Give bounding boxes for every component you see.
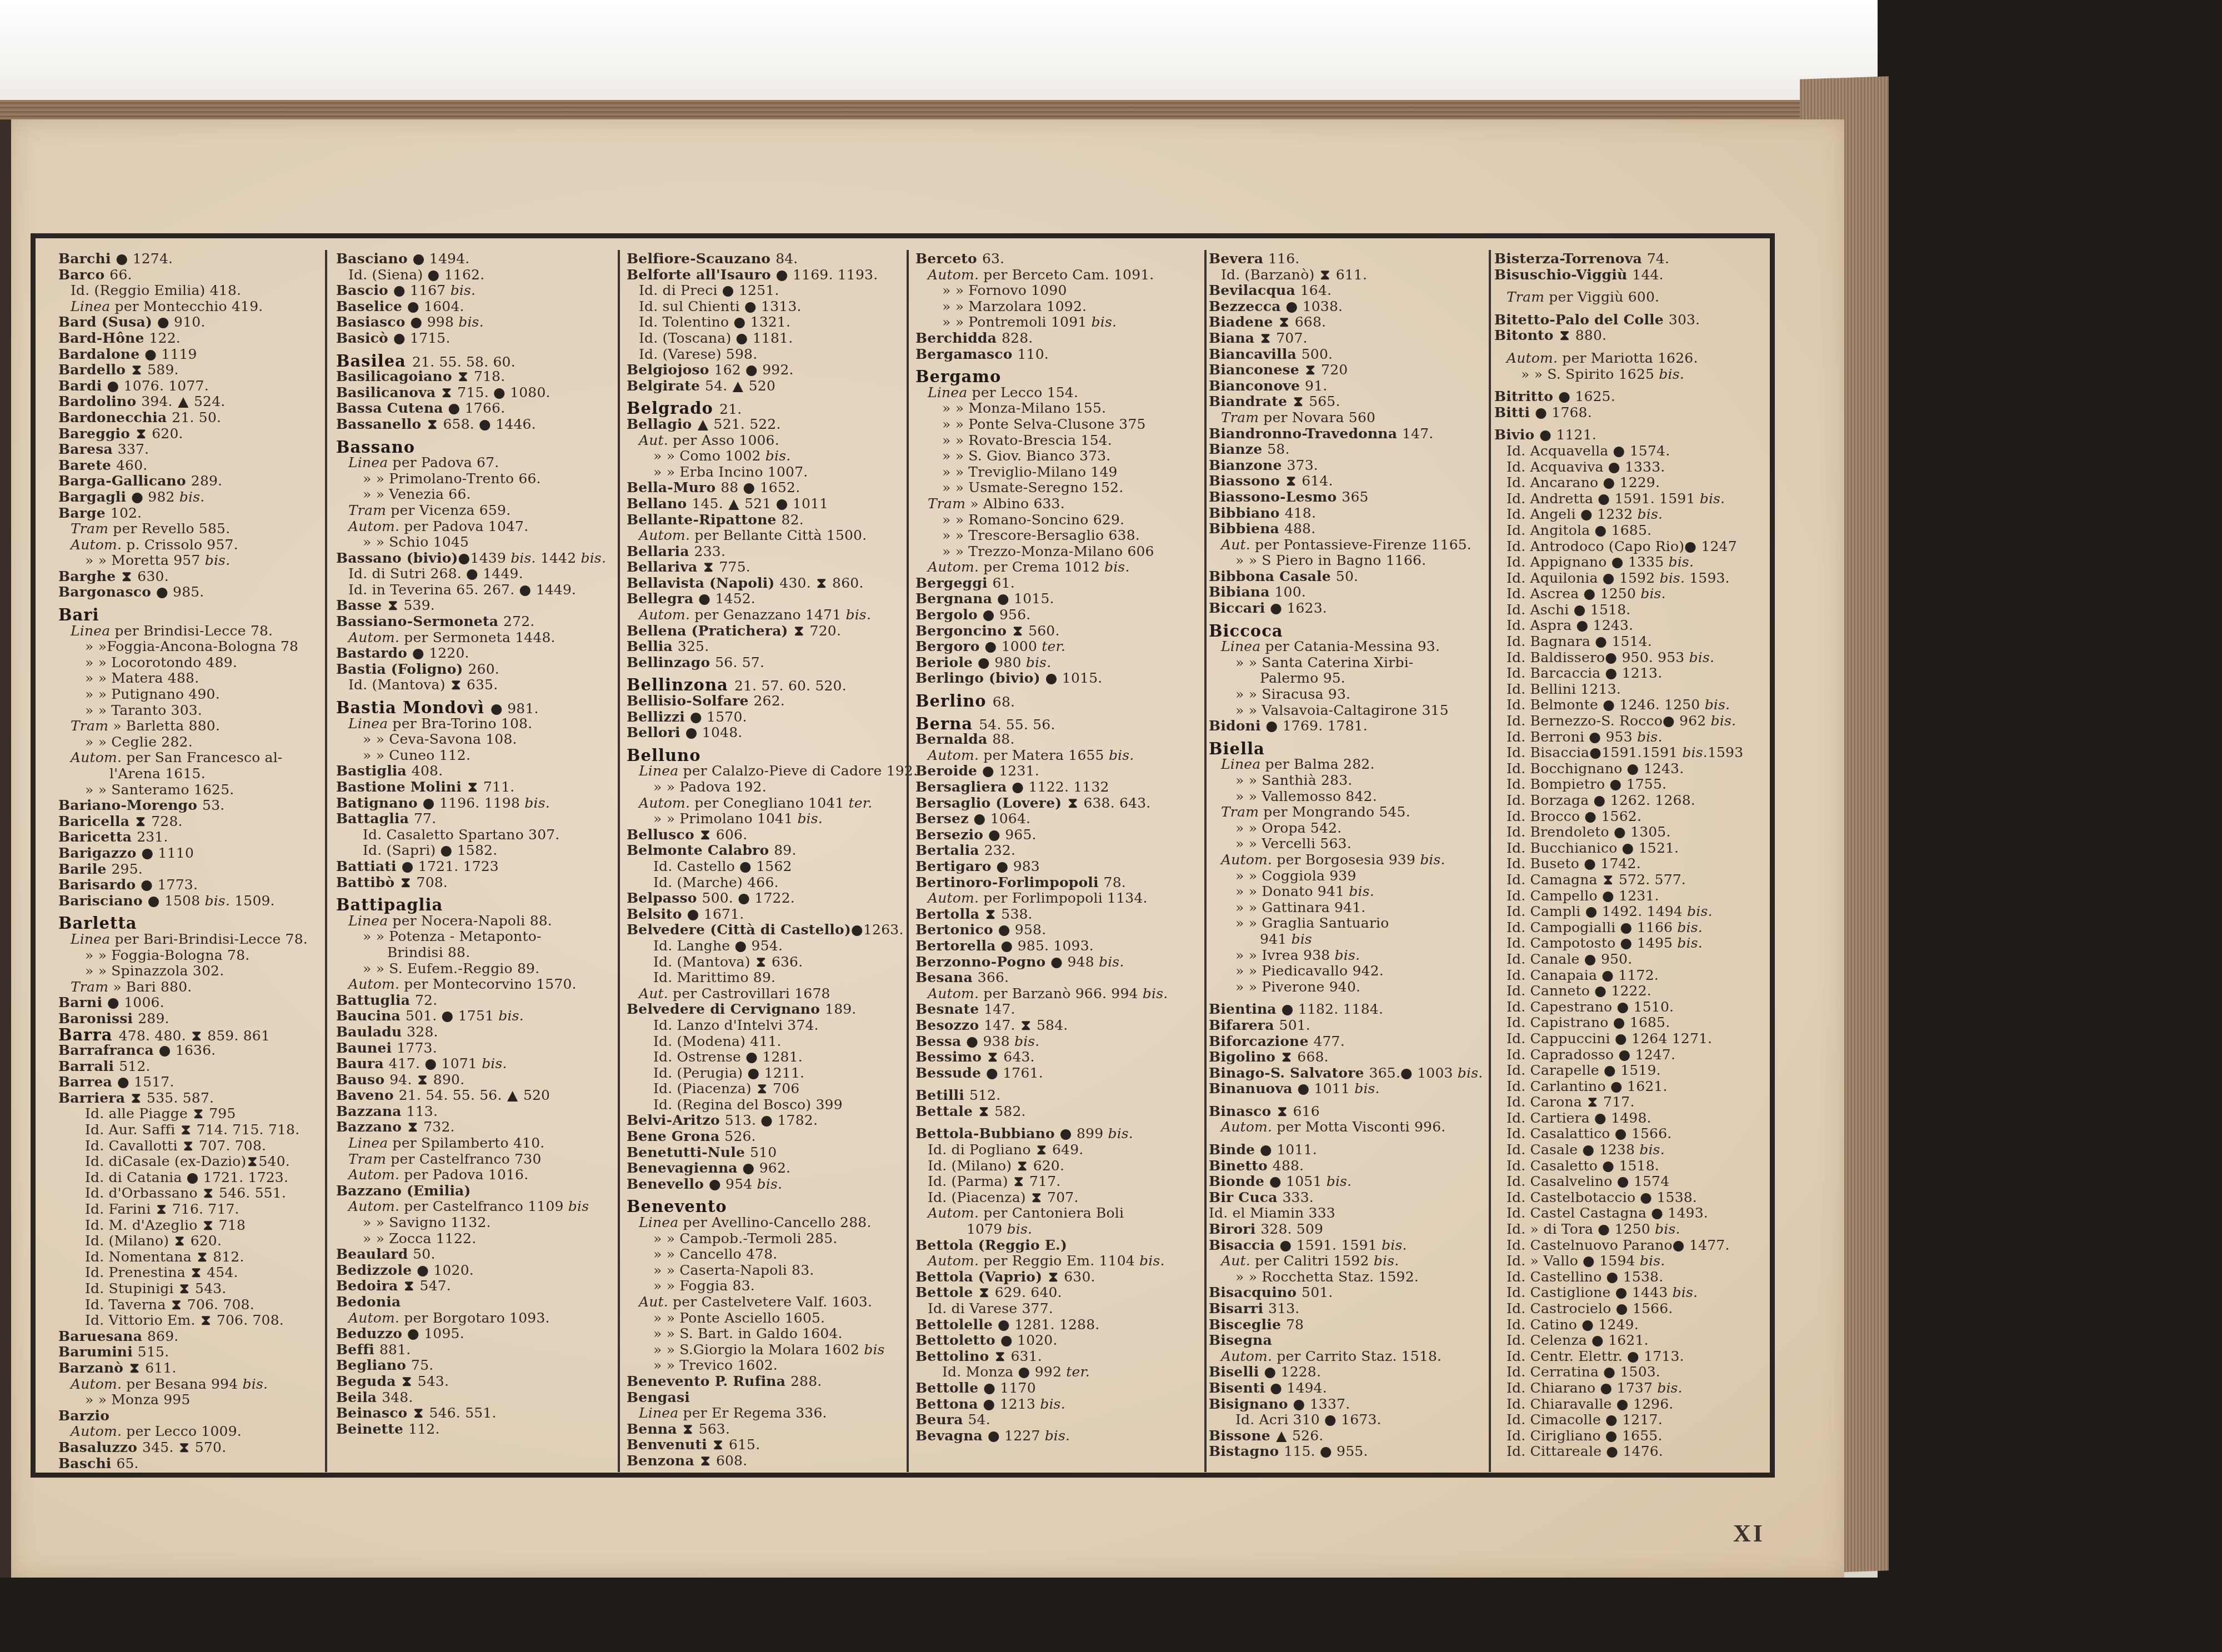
auto-service-icon: ● [1260, 1142, 1272, 1158]
index-entry: Linea per Calalzo-Pieve di Cadore 192. [627, 763, 915, 779]
entry-text: Id. Acquaviva [1507, 459, 1608, 475]
italic-note: bis. [580, 550, 606, 566]
italic-note: Autom. [928, 890, 979, 906]
entry-text: per Pontassieve-Firenze 1165. [1250, 537, 1472, 553]
auto-service-icon: ● [1617, 1174, 1629, 1190]
entry-text: » » Monza 995 [85, 1391, 191, 1408]
place-name: Barile [58, 861, 112, 877]
entry-text: 981. [503, 700, 539, 717]
tram-icon: ⧗ [1013, 1174, 1025, 1190]
entry-text: 732. [419, 1119, 455, 1135]
entry-text: 1621. [1623, 1078, 1668, 1094]
index-entry: » » Marzolara 1092. [915, 299, 1204, 315]
index-column-6: Bisterza-Torrenova 74.Bisuschio-Viggiù 1… [1494, 251, 1783, 1473]
index-entry: Id. Casale ● 1238 bis. [1494, 1142, 1783, 1158]
tram-icon: ⧗ [191, 1028, 203, 1044]
entry-text: » » Valsavoia-Caltagirone 315 [1235, 702, 1449, 718]
entry-text: » » Marzolara 1092. [942, 298, 1087, 314]
tram-icon: ⧗ [202, 1185, 214, 1202]
index-entry: Bettola (Reggio E.) [915, 1238, 1204, 1254]
entry-text: » » Putignano 490. [85, 686, 220, 702]
index-entry: Baunei 1773. [336, 1040, 625, 1057]
entry-text: 630. [133, 568, 169, 584]
place-name: Belvedere (Città di Castello) [627, 922, 851, 938]
index-entry: Bellori ● 1048. [627, 725, 915, 741]
index-entry: Beriole ● 980 bis. [915, 655, 1204, 671]
entry-text: 539. [399, 597, 435, 613]
entry-text: 1262. 1268. [1605, 792, 1695, 808]
tram-icon: ⧗ [1030, 1190, 1043, 1206]
auto-service-icon: ● [519, 582, 531, 598]
entry-text: 720. [805, 623, 841, 639]
entry-text: 164. [1300, 282, 1332, 298]
italic-note: Autom. [348, 629, 399, 645]
entry-text: 78 [1286, 1316, 1304, 1333]
index-entry: Id. Bompietro ● 1755. [1494, 777, 1783, 793]
entry-text: Id. Centr. Elettr. [1507, 1348, 1627, 1364]
entry-text: 1051 [1282, 1173, 1327, 1189]
index-entry: Bettolino ⧗ 631. [915, 1349, 1204, 1365]
entry-text: 728. [147, 813, 183, 829]
tram-icon: ⧗ [196, 1249, 208, 1265]
tram-icon: ⧗ [387, 598, 399, 614]
index-entry: Id. Brendoleto ● 1305. [1494, 824, 1783, 840]
index-entry: Autom. per Sermoneta 1448. [336, 630, 625, 646]
entry-text: » » Usmate-Seregno 152. [942, 479, 1123, 495]
index-entry: Id. M. d'Azeglio ⧗ 718 [58, 1218, 347, 1234]
entry-text: 50. [1336, 568, 1358, 584]
column-divider [1204, 250, 1207, 1472]
place-name: Bellia [627, 638, 678, 654]
place-name: Bidoni [1209, 718, 1266, 734]
place-name: Bettola-Bubbiano [915, 1125, 1060, 1142]
tram-icon: ⧗ [793, 623, 805, 639]
auto-service-icon: ● [1603, 475, 1615, 491]
place-name: Belfiore-Scauzano [627, 251, 775, 267]
index-entry: Id. Campogialli ● 1166 bis. [1494, 920, 1783, 936]
auto-service-icon: ● [1576, 618, 1588, 634]
entry-text: » » Oropa 542. [1235, 820, 1342, 836]
entry-text: » » Rovato-Brescia 154. [942, 432, 1112, 448]
index-entry: Bellinzona 21. 57. 60. 520. [627, 677, 915, 693]
entry-text: Id. Cappuccini [1507, 1030, 1615, 1047]
entry-text: Id. Farini [85, 1201, 156, 1217]
italic-note: bis. [1639, 1142, 1665, 1158]
entry-text: » Albino 633. [965, 495, 1065, 512]
italic-note: Linea [348, 1135, 388, 1151]
auto-service-icon: ● [1282, 1002, 1294, 1018]
index-entry: Autom. per Barzanò 966. 994 bis. [915, 986, 1204, 1002]
entry-text: 21. 57. 60. 520. [734, 678, 847, 694]
index-entry: Bisuschio-Viggiù 144. [1494, 267, 1783, 283]
place-name: Bigolino [1209, 1049, 1280, 1065]
index-column-2: Basciano ● 1494.Id. (Siena) ● 1162.Basci… [336, 251, 625, 1473]
entry-text: » » Gattinara 941. [1235, 899, 1366, 915]
place-name: Belmonte Calabro [627, 842, 774, 858]
index-entry: Bettola (Vaprio) ⧗ 630. [915, 1269, 1204, 1285]
place-name: Biadene [1209, 314, 1278, 330]
place-name: Bianconese [1209, 362, 1304, 378]
italic-note: bis. [498, 1008, 524, 1024]
auto-service-icon: ● [736, 331, 748, 347]
entry-text: Id. di Varese 377. [928, 1300, 1053, 1316]
entry-text: Id. di Sutri 268. [348, 565, 466, 582]
place-name: Bene Grona [627, 1128, 724, 1144]
index-entry: » » Ivrea 938 bis. [1209, 948, 1498, 964]
entry-text: 643. [999, 1049, 1035, 1065]
index-entry: Id. Tolentino ● 1321. [627, 314, 915, 331]
place-name: Basciano [336, 251, 413, 267]
entry-text: per Castelfranco 1109 [399, 1198, 568, 1214]
index-entry: Id. Capestrano ● 1510. [1494, 999, 1783, 1015]
entry-text: » » Santeramo 1625. [85, 782, 234, 798]
entry-text: 144. [1632, 267, 1663, 283]
place-name: Bersaglio (Lovere) [915, 795, 1067, 811]
entry-text: 1274. [128, 251, 173, 267]
place-name: Beduzzo [336, 1325, 407, 1341]
index-entry: » » Zocca 1122. [336, 1231, 625, 1247]
auto-service-icon: ● [1000, 1333, 1013, 1349]
index-entry: Belvi-Aritzo 513. ● 1782. [627, 1113, 915, 1129]
entry-text: Id. Aquilonia [1507, 570, 1603, 586]
index-entry: Linea per Spilamberto 410. [336, 1135, 625, 1152]
index-entry: Baronissi 289. [58, 1011, 347, 1027]
index-entry: » » Rovato-Brescia 154. [915, 433, 1204, 449]
entry-text: 950. [1597, 951, 1633, 967]
index-entry: Barigazzo ● 1110 [58, 845, 347, 862]
place-name: Bardonecchia [58, 409, 172, 425]
index-entry: Biadene ⧗ 668. [1209, 314, 1498, 331]
index-entry: Id. Campello ● 1231. [1494, 888, 1783, 904]
index-entry: Id. Capistrano ● 1685. [1494, 1015, 1783, 1031]
index-entry: Id. Aschi ● 1518. [1494, 602, 1783, 618]
entry-text: Id. Bellini 1213. [1507, 681, 1621, 697]
entry-text: 289. [138, 1010, 169, 1027]
entry-text: 1773. [153, 877, 198, 893]
auto-service-icon: ● [1663, 713, 1675, 729]
index-entry: » » Piverone 940. [1209, 979, 1498, 995]
auto-service-icon: ● [690, 709, 702, 725]
index-entry: Bitetto-Palo del Colle 303. [1494, 312, 1783, 328]
place-name: Bellinzago [627, 654, 715, 670]
auto-service-icon: ● [1266, 718, 1278, 734]
entry-text: 1517. [129, 1074, 174, 1090]
entry-text: 869. [147, 1328, 178, 1344]
place-name: Baselice [336, 298, 407, 314]
entry-text: 1229. [1615, 474, 1660, 490]
entry-text: 1685. [1607, 522, 1652, 538]
italic-note: bis. [1349, 883, 1374, 899]
place-name: Bisarri [1209, 1300, 1268, 1316]
index-entry: Autom. per Padova 1047. [336, 519, 625, 535]
place-name: Berzonno-Pogno [915, 954, 1050, 970]
place-name: Beinasco [336, 1405, 412, 1421]
index-entry: Bitritto ● 1625. [1494, 389, 1783, 405]
index-entry: Barete 460. [58, 458, 347, 474]
index-entry: » » Santhià 283. [1209, 773, 1498, 789]
place-name: Bard-Hône [58, 330, 149, 346]
index-entry: Id. di Preci ● 1251. [627, 283, 915, 299]
italic-note: bis. [1143, 985, 1168, 1002]
entry-text: 1721. 1723 [414, 858, 499, 874]
place-name: Barco [58, 267, 109, 283]
entry-text: » » Monza-Milano 155. [942, 400, 1106, 416]
entry-text: 82. [782, 512, 804, 528]
auto-service-icon: ● [131, 489, 143, 505]
entry-text: 560. [1024, 623, 1060, 639]
index-entry: Bertigaro ● 983 [915, 859, 1204, 875]
auto-service-icon: ● [743, 480, 755, 496]
index-entry: » » Monza 995 [58, 1392, 347, 1408]
italic-note: bis. [511, 550, 536, 566]
index-entry: Berlino 68. [915, 693, 1204, 709]
city-heading: Belluno [627, 746, 701, 765]
entry-text: per Bari-Brindisi-Lecce 78. [110, 931, 308, 947]
entry-text: » » Cancello 478. [653, 1246, 777, 1262]
entry-text: Id. (Mantova) [653, 954, 755, 970]
entry-text: 526. [724, 1128, 755, 1144]
entry-text: 1011 [1309, 1080, 1354, 1097]
place-name: Bergeggi [915, 575, 993, 591]
index-entry: » » Matera 488. [58, 670, 347, 687]
place-name: Bedizzole [336, 1262, 417, 1278]
entry-text: 1213. [1618, 665, 1663, 681]
entry-text: 658. [438, 416, 479, 432]
place-name: Bargagli [58, 489, 131, 505]
entry-text: » » Como 1002 [653, 448, 765, 464]
entry-text: » » Ponte Selva-Clusone 375 [942, 416, 1146, 432]
entry-text: 611. [1331, 267, 1367, 283]
entry-text: 717. [1599, 1094, 1635, 1110]
auto-service-icon: ● [423, 795, 435, 812]
auto-service-icon: ● [1589, 745, 1602, 761]
entry-text: 1722. [750, 890, 795, 906]
entry-text: » » Romano-Soncino 629. [942, 512, 1124, 528]
index-entry: Bersagliera ● 1122. 1132 [915, 779, 1204, 795]
entry-text: Id. Berroni [1507, 729, 1589, 745]
index-entry: Tram per Vicenza 659. [336, 503, 625, 519]
entry-text: » » Venezia 66. [363, 486, 471, 502]
entry-text: 88 [720, 479, 743, 495]
entry-text: Id. Carona [1507, 1094, 1587, 1110]
entry-text: 535. 587. [142, 1090, 214, 1106]
entry-text: Id. Monza [942, 1364, 1018, 1380]
entry-text: 1333. [1620, 459, 1665, 475]
italic-note: Autom. [1507, 350, 1558, 366]
city-heading: Berna [915, 714, 979, 733]
auto-service-icon: ● [1606, 1444, 1618, 1460]
index-entry: Bassa Cutena ● 1766. [336, 401, 625, 417]
italic-note: Autom. [71, 1376, 122, 1392]
index-entry: Linea per Balma 282. [1209, 757, 1498, 773]
auto-service-icon: ● [107, 378, 119, 394]
entry-text: 1170 [995, 1380, 1036, 1396]
index-entry: » » Schio 1045 [336, 534, 625, 550]
place-name: Bargonasco [58, 584, 156, 600]
entry-text: 488. [1273, 1158, 1304, 1174]
entry-text: Id. Bucchianico [1507, 840, 1622, 856]
entry-text: » » S. Bart. in Galdo 1604. [653, 1325, 843, 1341]
entry-text: Id. Tolentino [639, 314, 733, 330]
auto-service-icon: ● [413, 251, 425, 267]
entry-text: 1446. [491, 416, 536, 432]
place-name: Bardalone [58, 346, 144, 362]
index-entry: Id. Canneto ● 1222. [1494, 983, 1783, 999]
index-entry: Id. (Sapri) ● 1582. [336, 843, 625, 859]
place-name: Belforte all'Isauro [627, 267, 776, 283]
entry-text: » » Siracusa 93. [1235, 686, 1350, 702]
entry-text: 631. [1006, 1348, 1042, 1364]
index-entry: Autom. per San Francesco al- [58, 750, 347, 766]
italic-note: bis. [1458, 1065, 1483, 1081]
entry-text: Id. Castello [653, 858, 739, 874]
entry-text: per Cantoniera Boli [979, 1205, 1124, 1221]
entry-text: » » Graglia Santuario [1235, 915, 1389, 931]
tram-icon: ⧗ [1304, 362, 1317, 378]
entry-text: 501. [1279, 1017, 1310, 1033]
place-name: Bellariva [627, 559, 702, 575]
entry-text: 582. [990, 1103, 1026, 1119]
entry-text: 1000 [997, 638, 1042, 654]
index-entry: Id. Casaletto Spartano 307. [336, 827, 625, 843]
italic-note: Autom. [928, 267, 979, 283]
index-entry: Id. (Milano) ⧗ 620. [915, 1158, 1204, 1174]
entry-text: 546. 551. [214, 1185, 286, 1201]
index-entry: Id. el Miamin 333 [1209, 1205, 1498, 1222]
italic-note: bis [1291, 931, 1312, 947]
index-entry: Autom. per Forlimpopoli 1134. [915, 890, 1204, 907]
italic-note: bis. [765, 448, 791, 464]
index-entry: » » Trezzo-Monza-Milano 606 [915, 544, 1204, 560]
entry-text: 1518. [1586, 602, 1631, 618]
italic-note: bis. [1374, 1253, 1399, 1269]
index-entry: Bitti ● 1768. [1494, 405, 1783, 421]
index-entry: Bertinoro-Forlimpopoli 78. [915, 875, 1204, 891]
auto-service-icon: ● [698, 591, 710, 607]
auto-service-icon: ● [1618, 1047, 1630, 1063]
auto-service-icon: ● [1293, 1396, 1305, 1413]
entry-text: Id. Acri 310 [1235, 1411, 1324, 1428]
index-entry: Barriera ⧗ 535. 587. [58, 1090, 347, 1107]
index-entry: Benevagienna ● 962. [627, 1160, 915, 1177]
index-entry: » » Potenza - Metaponto- [336, 929, 625, 945]
index-entry: Id. Brocco ● 1562. [1494, 809, 1783, 825]
auto-service-icon: ● [442, 1008, 454, 1024]
entry-text: » »Foggia-Ancona-Bologna 78 [85, 638, 298, 654]
auto-service-icon: ● [1602, 968, 1614, 984]
entry-text: Id. Angeli [1507, 506, 1580, 522]
place-name: Belgiojoso [627, 362, 714, 378]
place-name: Battiati [336, 858, 402, 874]
index-entry: » » Locorotondo 489. [58, 655, 347, 671]
index-entry: Baschi 65. [58, 1456, 347, 1472]
entry-text: per Borgotaro 1093. [399, 1310, 550, 1326]
italic-note: bis. [1108, 1125, 1133, 1142]
index-entry: Basciano ● 1494. [336, 251, 625, 267]
entry-text: Id. Angitola [1507, 522, 1594, 538]
index-entry: Biancavilla 500. [1209, 347, 1498, 363]
tram-icon: ⧗ [682, 1421, 694, 1438]
place-name: Bastiglia [336, 763, 412, 779]
index-entry: Id. Antrodoco (Capo Rio)● 1247 [1494, 539, 1783, 555]
tram-icon: ⧗ [702, 559, 714, 575]
index-entry: Id. Lanzo d'Intelvi 374. [627, 1018, 915, 1034]
place-name: Baricella [58, 813, 134, 829]
entry-text: 328. [407, 1024, 438, 1040]
place-name: Belsito [627, 906, 687, 922]
tram-icon: ⧗ [1035, 1142, 1048, 1158]
index-entry: Autom. per Conegliano 1041 ter. [627, 795, 915, 812]
place-name: Beriole [915, 654, 978, 670]
entry-text: 1449. [478, 565, 523, 582]
index-entry: Bardello ⧗ 589. [58, 362, 347, 378]
auto-service-icon: ● [1592, 1333, 1604, 1349]
index-entry: » » Vallemosso 842. [1209, 789, 1498, 805]
entry-text: 1076. 1077. [119, 378, 208, 394]
index-entry: Belvedere di Cervignano 189. [627, 1002, 915, 1018]
index-entry: Bertorella ● 985. 1093. [915, 938, 1204, 954]
italic-note: Tram [1221, 409, 1259, 425]
index-entry: Basaluzzo 345. ⧗ 570. [58, 1440, 347, 1456]
place-name: Benzona [627, 1453, 699, 1469]
entry-text: » » Matera 488. [85, 670, 199, 686]
entry-text: 1495 [1633, 935, 1678, 951]
entry-text: 1232 [1593, 506, 1638, 522]
place-name: Bettoletto [915, 1332, 1000, 1348]
place-name: Barisciano [58, 893, 148, 909]
entry-text: 1246. 1250 [1615, 697, 1704, 713]
entry-text: 718 [214, 1217, 246, 1233]
index-entry: Id. Castel Castagna ● 1493. [1494, 1205, 1783, 1222]
entry-text: Id. (Milano) [85, 1233, 173, 1249]
index-entry: Id. (Mantova) ⧗ 635. [336, 677, 625, 693]
place-name: Barisardo [58, 877, 141, 893]
index-entry: Barrafranca ● 1636. [58, 1043, 347, 1059]
tram-icon: ⧗ [407, 1119, 419, 1135]
index-entry: » » Moretta 957 bis. [58, 553, 347, 569]
entry-text: p. Crissolo 957. [122, 537, 238, 553]
entry-text: 982 [143, 489, 179, 505]
index-entry: » » Padova 192. [627, 779, 915, 795]
index-entry: Id. Castiglione ● 1443 bis. [1494, 1285, 1783, 1301]
index-entry: Besnate 147. [915, 1002, 1204, 1018]
entry-text: 1510. [1629, 999, 1674, 1015]
entry-text: per Montecchio 419. [110, 298, 263, 314]
auto-service-icon: ● [148, 893, 160, 909]
boat-icon: ▲ [732, 378, 744, 394]
index-entry: Batignano ● 1196. 1198 bis. [336, 795, 625, 812]
index-entry: Bissone ▲ 526. [1209, 1428, 1498, 1444]
italic-note: Autom. [71, 537, 122, 553]
index-entry: Bergeggi 61. [915, 575, 1204, 592]
auto-service-icon: ● [491, 701, 503, 717]
index-entry: Tram per Novara 560 [1209, 410, 1498, 426]
index-entry: Bientina ● 1182. 1184. [1209, 1002, 1498, 1018]
entry-text: 1110 [153, 845, 194, 861]
entry-text: per Besana 994 [122, 1376, 242, 1392]
entry-text: 1249. [1594, 1316, 1639, 1333]
entry-text: Id. Aspra [1507, 617, 1576, 633]
index-entry: Id. Angeli ● 1232 bis. [1494, 507, 1783, 523]
entry-text: 231. [137, 829, 168, 845]
auto-service-icon: ● [393, 283, 406, 299]
entry-text: 91. [1305, 378, 1327, 394]
entry-text: Id. Ostrense [653, 1049, 745, 1065]
index-entry: Bastia Mondovì ● 981. [336, 700, 625, 716]
column-divider [1489, 250, 1491, 1472]
entry-text: 61. [993, 575, 1015, 591]
index-entry: Id. di Sutri 268. ● 1449. [336, 566, 625, 582]
